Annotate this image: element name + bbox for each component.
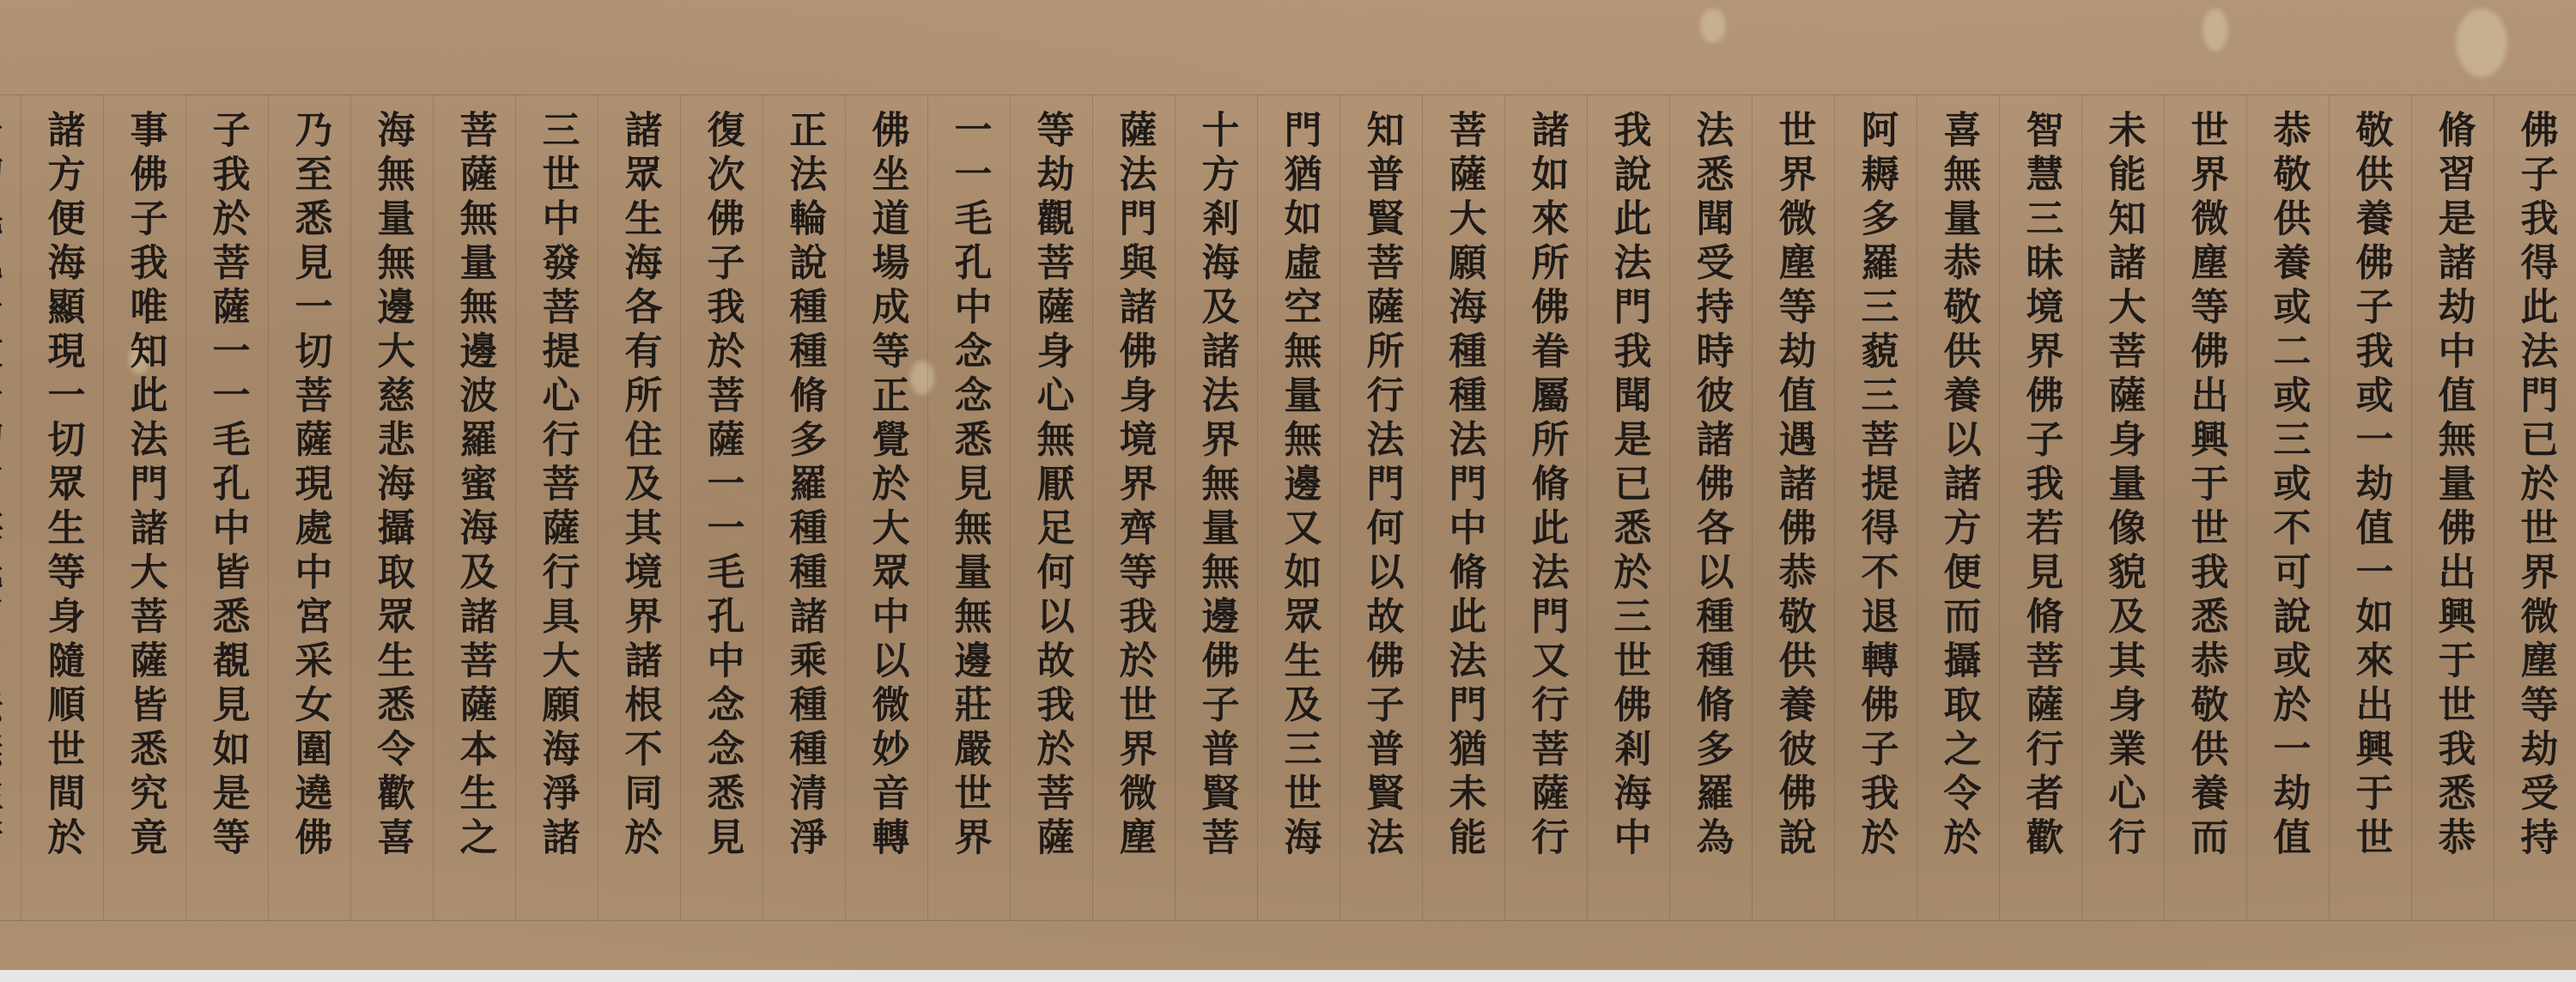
column-text: 菩薩大願海種種法門中脩此法門猶未能 (1445, 94, 1483, 920)
column-text: 菩薩無量無邊波羅蜜海及諸菩薩本生之 (456, 94, 494, 920)
column-text: 事佛子我唯知此法門諸大菩薩皆悉究竟 (126, 94, 164, 920)
text-column: 一一毛孔中念念悉見無量無邊莊嚴世界 (927, 94, 1010, 920)
column-text: 復次佛子我於菩薩一一毛孔中念念悉見 (703, 94, 741, 920)
column-text: 喜無量恭敬供養以諸方便而攝取之令於 (1940, 94, 1978, 920)
column-text: 世界微塵等劫值遇諸佛恭敬供養彼佛說 (1775, 94, 1813, 920)
text-column: 恭敬供養或二或三或不可說或於一劫值 (2246, 94, 2329, 920)
column-text: 門猶如虛空無量無邊又如眾生及三世海 (1280, 94, 1318, 920)
text-column: 事佛子我唯知此法門諸大菩薩皆悉究竟 (103, 94, 185, 920)
column-text: 世界微塵等佛出興于世我悉恭敬供養而 (2187, 94, 2225, 920)
text-column: 我說此法門我聞是已悉於三世佛剎海中 (1587, 94, 1669, 920)
text-column: 正法輪說種種脩多羅種種諸乘種種清淨 (762, 94, 845, 920)
paper-stain (2202, 9, 2228, 52)
column-text: 子我於菩薩一一毛孔中皆悉覩見如是等 (209, 94, 246, 920)
text-column: 薩法門與諸佛身境界齊等我於世界微塵 (1092, 94, 1175, 920)
text-column: 海無量無邊大慈悲海攝取眾生悉令歡喜 (350, 94, 433, 920)
column-text: 我說此法門我聞是已悉於三世佛剎海中 (1610, 94, 1648, 920)
text-column: 法悉聞受持時彼諸佛各以種種脩多羅為 (1669, 94, 1752, 920)
text-column: 門猶如虛空無量無邊又如眾生及三世海 (1257, 94, 1340, 920)
column-text: 三世中發菩提心行菩薩行具大願海淨諸 (538, 94, 576, 920)
text-column: 乃至悉見一切菩薩現處中宮采女圍遶佛 (268, 94, 350, 920)
text-column: 一切毛孔普放一切相海光明了法無性諸 (0, 94, 21, 920)
column-text: 智慧三昧境界佛子我若見脩菩薩行者歡 (2022, 94, 2060, 920)
column-text: 脩習是諸劫中值無量佛出興于世我悉恭 (2434, 94, 2472, 920)
column-text: 海無量無邊大慈悲海攝取眾生悉令歡喜 (374, 94, 411, 920)
text-column: 世界微塵等劫值遇諸佛恭敬供養彼佛說 (1752, 94, 1834, 920)
column-text: 乃至悉見一切菩薩現處中宮采女圍遶佛 (291, 94, 329, 920)
column-text: 諸眾生海各有所住及其境界諸根不同於 (621, 94, 659, 920)
text-column: 子我於菩薩一一毛孔中皆悉覩見如是等 (185, 94, 268, 920)
text-column: 菩薩大願海種種法門中脩此法門猶未能 (1422, 94, 1504, 920)
column-text: 薩法門與諸佛身境界齊等我於世界微塵 (1115, 94, 1153, 920)
text-column: 菩薩無量無邊波羅蜜海及諸菩薩本生之 (433, 94, 515, 920)
column-text: 未能知諸大菩薩身量像貌及其身業心行 (2105, 94, 2142, 920)
text-column: 復次佛子我於菩薩一一毛孔中念念悉見 (680, 94, 762, 920)
text-column: 三世中發菩提心行菩薩行具大願海淨諸 (515, 94, 598, 920)
column-text: 法悉聞受持時彼諸佛各以種種脩多羅為 (1692, 94, 1730, 920)
text-column: 佛坐道場成等正覺於大眾中以微妙音轉 (845, 94, 927, 920)
column-text: 諸如來所佛眷屬所脩此法門又行菩薩行 (1528, 94, 1565, 920)
bottom-ruling-line (0, 920, 2576, 921)
text-column: 諸眾生海各有所住及其境界諸根不同於 (598, 94, 680, 920)
column-text: 敬供養佛子我或一劫值一如來出興于世 (2352, 94, 2390, 920)
text-column: 敬供養佛子我或一劫值一如來出興于世 (2329, 94, 2411, 920)
column-text: 十方剎海及諸法界無量無邊佛子普賢菩 (1198, 94, 1236, 920)
text-columns: 佛子我得此法門已於世界微塵等劫受持 脩習是諸劫中值無量佛出興于世我悉恭 敬供養佛… (0, 94, 2576, 920)
column-text: 知普賢菩薩所行法門何以故佛子普賢法 (1363, 94, 1400, 920)
column-text: 正法輪說種種脩多羅種種諸乘種種清淨 (786, 94, 823, 920)
column-text: 恭敬供養或二或三或不可說或於一劫值 (2269, 94, 2307, 920)
scan-border (0, 970, 2576, 982)
text-column: 諸如來所佛眷屬所脩此法門又行菩薩行 (1504, 94, 1587, 920)
text-column: 未能知諸大菩薩身量像貌及其身業心行 (2081, 94, 2164, 920)
column-text: 一一毛孔中念念悉見無量無邊莊嚴世界 (951, 94, 988, 920)
text-column: 智慧三昧境界佛子我若見脩菩薩行者歡 (1999, 94, 2081, 920)
column-text: 佛子我得此法門已於世界微塵等劫受持 (2517, 94, 2555, 920)
text-column: 知普賢菩薩所行法門何以故佛子普賢法 (1340, 94, 1422, 920)
column-text: 等劫觀菩薩身心無厭足何以故我於菩薩 (1033, 94, 1071, 920)
text-column: 世界微塵等佛出興于世我悉恭敬供養而 (2164, 94, 2246, 920)
text-column: 脩習是諸劫中值無量佛出興于世我悉恭 (2411, 94, 2494, 920)
column-text: 諸方便海顯現一切眾生等身隨順世間於 (44, 94, 82, 920)
column-text: 阿耨多羅三藐三菩提得不退轉佛子我於 (1857, 94, 1895, 920)
text-column: 阿耨多羅三藐三菩提得不退轉佛子我於 (1834, 94, 1917, 920)
text-column: 等劫觀菩薩身心無厭足何以故我於菩薩 (1010, 94, 1092, 920)
text-column: 十方剎海及諸法界無量無邊佛子普賢菩 (1175, 94, 1257, 920)
text-column: 喜無量恭敬供養以諸方便而攝取之令於 (1917, 94, 1999, 920)
text-column: 諸方便海顯現一切眾生等身隨順世間於 (21, 94, 103, 920)
paper-stain (2456, 9, 2507, 77)
column-text: 佛坐道場成等正覺於大眾中以微妙音轉 (868, 94, 906, 920)
manuscript-scroll: 佛子我得此法門已於世界微塵等劫受持 脩習是諸劫中值無量佛出興于世我悉恭 敬供養佛… (0, 0, 2576, 970)
paper-stain (1700, 9, 1726, 43)
text-column: 佛子我得此法門已於世界微塵等劫受持 (2494, 94, 2576, 920)
